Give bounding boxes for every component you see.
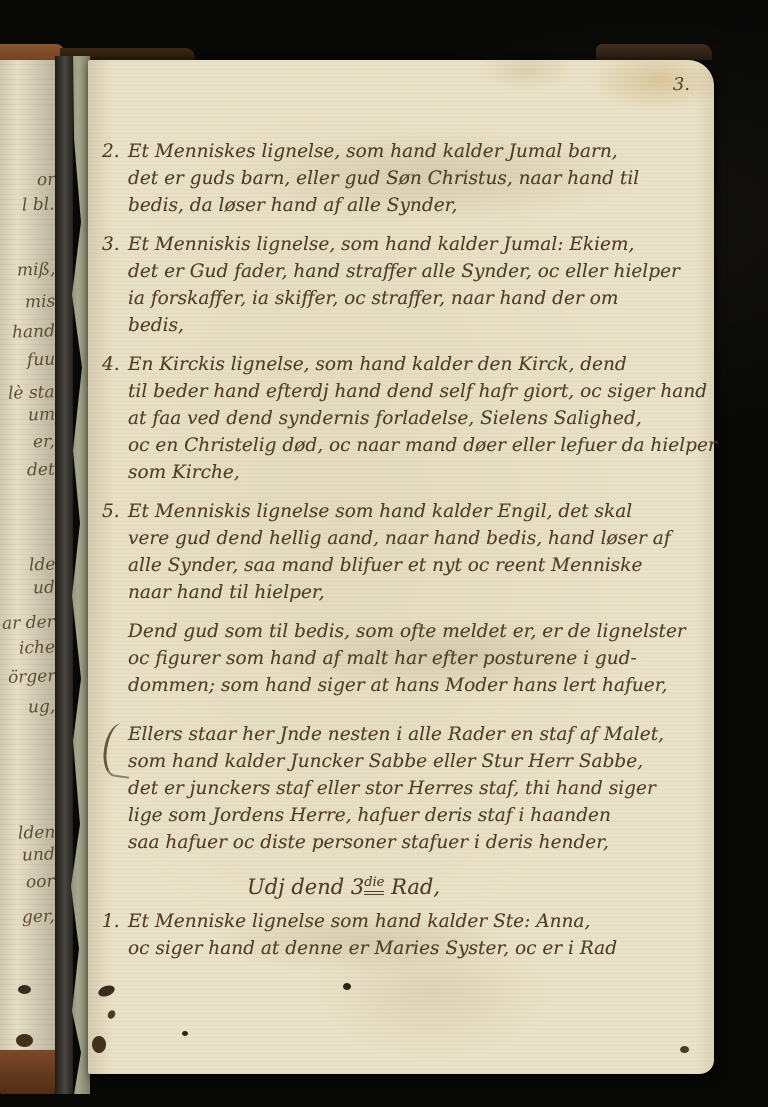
- ink-blot: [92, 1036, 106, 1053]
- manuscript-line: Et Menniske lignelse som hand kalder Ste…: [128, 908, 698, 935]
- paragraph-number: 5.: [102, 498, 120, 525]
- ink-blot: [16, 1034, 33, 1047]
- binding-tape: [70, 56, 90, 1094]
- paragraph-number: 1.: [102, 908, 120, 935]
- manuscript-line: Dend gud som til bedis, som ofte meldet …: [128, 618, 698, 645]
- manuscript-paragraph: 1.Et Menniske lignelse som hand kalder S…: [128, 908, 698, 962]
- paragraph-number: 4.: [102, 351, 120, 378]
- book-top-right-edge: [596, 44, 712, 60]
- facing-page-fragment: lde: [28, 555, 55, 576]
- facing-page-fragment: oor: [26, 872, 55, 893]
- manuscript-line: ia forskaffer, ia skiffer, oc straffer, …: [128, 285, 698, 312]
- page-number: 3.: [673, 74, 690, 95]
- manuscript-line: som Kirche,: [128, 459, 698, 486]
- manuscript-line: En Kirckis lignelse, som hand kalder den…: [128, 351, 698, 378]
- facing-page-fragment: miß,: [16, 259, 55, 280]
- ink-blot: [343, 983, 351, 990]
- manuscript-paragraph: Dend gud som til bedis, som ofte meldet …: [128, 618, 698, 699]
- facing-page-fragment: fuu: [26, 350, 55, 371]
- facing-page-fragment: um: [28, 405, 56, 426]
- manuscript-paragraph: 3.Et Menniskis lignelse, som hand kalder…: [128, 231, 698, 339]
- facing-page-fragment: mis: [24, 291, 55, 312]
- manuscript-paragraph: Ellers staar her Jnde nesten i alle Rade…: [128, 721, 698, 856]
- manuscript-line: bedis, da løser hand af alle Synder,: [128, 192, 698, 219]
- facing-page-fragment: er,: [33, 432, 55, 453]
- manuscript-page: 3. 2.Et Menniskes lignelse, som hand kal…: [88, 60, 714, 1074]
- manuscript-line: det er Gud fader, hand straffer alle Syn…: [128, 258, 698, 285]
- heading-text-prefix: Udj dend 3: [247, 875, 364, 899]
- section-heading: Udj dend 3die Rad,: [247, 868, 698, 902]
- manuscript-line: bedis,: [128, 312, 698, 339]
- manuscript-line: naar hand til hielper,: [128, 579, 698, 606]
- facing-page-fragment: lè sta: [8, 382, 55, 404]
- facing-page-fragment: iche: [19, 637, 56, 658]
- scan-background: orl bl.miß,mishandfuulè staumer,detldeud…: [0, 0, 768, 1107]
- book-cover-bottom-edge: [0, 1048, 62, 1094]
- manuscript-line: oc figurer som hand af malt har efter po…: [128, 645, 698, 672]
- facing-page-edge: orl bl.miß,mishandfuulè staumer,detldeud…: [0, 60, 57, 1050]
- facing-page-fragment: ud: [33, 578, 56, 599]
- manuscript-paragraph: 2.Et Menniskes lignelse, som hand kalder…: [128, 138, 698, 219]
- manuscript-text: 2.Et Menniskes lignelse, som hand kalder…: [102, 138, 698, 974]
- paragraph-group-bottom: 1.Et Menniske lignelse som hand kalder S…: [102, 908, 698, 962]
- heading-text-suffix: Rad,: [384, 875, 440, 899]
- manuscript-line: vere gud dend hellig aand, naar hand bed…: [128, 525, 698, 552]
- facing-page-fragment: ger,: [22, 906, 55, 927]
- facing-page-fragment: or: [36, 170, 55, 191]
- ink-speck: [680, 1046, 689, 1053]
- manuscript-line: at faa ved dend syndernis forladelse, Si…: [128, 405, 698, 432]
- paragraph-number: 2.: [102, 138, 120, 165]
- manuscript-line: saa hafuer oc diste personer stafuer i d…: [128, 829, 698, 856]
- manuscript-line: lige som Jordens Herre, hafuer deris sta…: [128, 802, 698, 829]
- manuscript-paragraph: 4.En Kirckis lignelse, som hand kalder d…: [128, 351, 698, 486]
- facing-page-fragment: örger: [7, 666, 55, 688]
- manuscript-line: dommen; som hand siger at hans Moder han…: [128, 672, 698, 699]
- facing-page-fragment: det: [27, 460, 55, 481]
- heading-superscript: die: [364, 875, 384, 895]
- manuscript-line: Et Menniskis lignelse, som hand kalder J…: [128, 231, 698, 258]
- manuscript-line: det er guds barn, eller gud Søn Christus…: [128, 165, 698, 192]
- facing-page-fragment: ug,: [27, 697, 55, 718]
- manuscript-line: til beder hand efterdj hand dend self ha…: [128, 378, 698, 405]
- ink-speck: [182, 1031, 188, 1036]
- book-gutter: [55, 56, 73, 1094]
- manuscript-line: som hand kalder Juncker Sabbe eller Stur…: [128, 748, 698, 775]
- manuscript-line: alle Synder, saa mand blifuer et nyt oc …: [128, 552, 698, 579]
- manuscript-line: Ellers staar her Jnde nesten i alle Rade…: [128, 721, 698, 748]
- facing-page-fragment: l bl.: [22, 194, 55, 215]
- ink-blot: [18, 985, 31, 994]
- manuscript-line: oc siger hand at denne er Maries Syster,…: [128, 935, 698, 962]
- manuscript-line: det er junckers staf eller stor Herres s…: [128, 775, 698, 802]
- paragraph-number: 3.: [102, 231, 120, 258]
- manuscript-line: Et Menniskes lignelse, som hand kalder J…: [128, 138, 698, 165]
- facing-page-fragment: lden: [17, 822, 55, 843]
- manuscript-line: oc en Christelig død, oc naar mand døer …: [128, 432, 698, 459]
- paragraph-group-top: 2.Et Menniskes lignelse, som hand kalder…: [102, 138, 698, 856]
- manuscript-paragraph: 5.Et Menniskis lignelse som hand kalder …: [128, 498, 698, 606]
- facing-page-fragment: und: [22, 844, 55, 865]
- manuscript-line: Et Menniskis lignelse som hand kalder En…: [128, 498, 698, 525]
- facing-page-fragment: ar der: [2, 612, 55, 634]
- facing-page-fragment: hand: [12, 321, 56, 342]
